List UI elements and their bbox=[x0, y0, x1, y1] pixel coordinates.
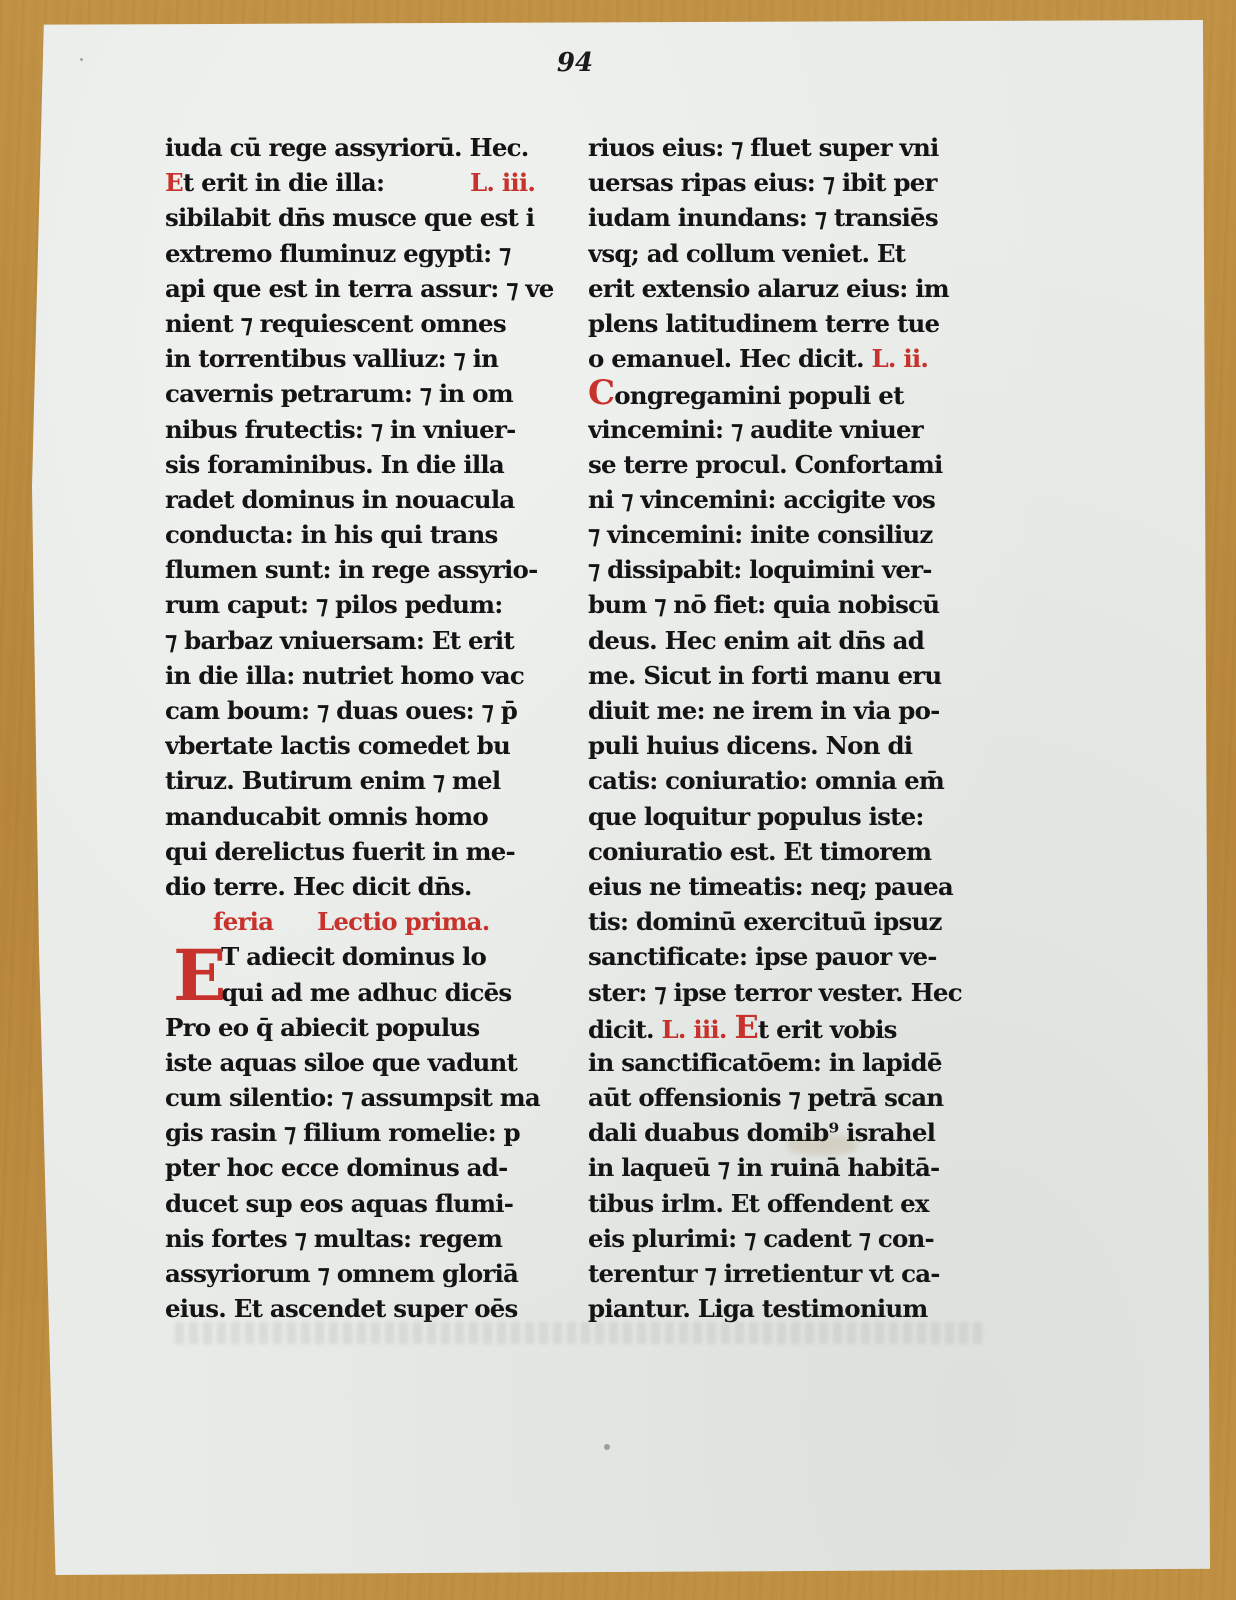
text-line: uersas ripas eius: ⁊ ibit per bbox=[588, 165, 983, 200]
ink-speck bbox=[604, 1444, 610, 1450]
text-line: ⁊ barbaz vniuersam: Et erit bbox=[165, 623, 565, 658]
heading-feria: feria bbox=[165, 907, 273, 936]
text-line: terentur ⁊ irretientur vt ca- bbox=[588, 1256, 983, 1291]
show-through-text bbox=[175, 1322, 985, 1344]
text-line: sis foraminibus. In die illa bbox=[165, 447, 565, 482]
text-line: assyriorum ⁊ omnem gloriā bbox=[165, 1256, 565, 1291]
rubric-lectio-number: L. iii. bbox=[470, 165, 535, 200]
text-line: cavernis petrarum: ⁊ in om bbox=[165, 376, 565, 411]
rubric-lectio-number: L. ii. bbox=[871, 344, 928, 373]
text-line: ducet sup eos aquas flumi- bbox=[165, 1186, 565, 1221]
text-line: flumen sunt: in rege assyrio- bbox=[165, 552, 565, 587]
text-line: erit extensio alaruz eius: im bbox=[588, 271, 983, 306]
text-line: sanctificate: ipse pauor ve- bbox=[588, 939, 983, 974]
text-line: nis fortes ⁊ multas: regem bbox=[165, 1221, 565, 1256]
text-line: coniuratio est. Et timorem bbox=[588, 834, 983, 869]
text-line: riuos eius: ⁊ fluet super vni bbox=[588, 130, 983, 165]
text-line: se terre procul. Confortami bbox=[588, 447, 983, 482]
rubricated-initial: C bbox=[588, 376, 614, 411]
rubricated-initial: E bbox=[165, 165, 183, 200]
text-line: me. Sicut in forti manu eru bbox=[588, 658, 983, 693]
lesson-block: E T adiecit dominus lo qui ad me adhuc d… bbox=[165, 939, 565, 1326]
text-line: o emanuel. Hec dicit. L. ii. bbox=[588, 341, 983, 376]
text-line: dio terre. Hec dicit dn̄s. bbox=[165, 869, 565, 904]
text-line: vincemini: ⁊ audite vniuer bbox=[588, 412, 983, 447]
text-line: tis: dominū exercituū ipsuz bbox=[588, 904, 983, 939]
line-text: t erit in die illa: bbox=[183, 168, 384, 197]
text-line: api que est in terra assur: ⁊ ve bbox=[165, 271, 565, 306]
text-line: sibilabit dn̄s musce que est i bbox=[165, 200, 565, 235]
text-line: ster: ⁊ ipse terror vester. Hec bbox=[588, 975, 983, 1010]
text-line: Congregamini populi et bbox=[588, 376, 983, 411]
line-text: ongregamini populi et bbox=[614, 381, 903, 410]
text-line: tibus irlm. Et offendent ex bbox=[588, 1186, 983, 1221]
text-line: catis: coniuratio: omnia em̄ bbox=[588, 763, 983, 798]
text-line: iuda cū rege assyriorū. Hec. bbox=[165, 130, 565, 165]
text-line: dali duabus domib⁹ israhel bbox=[588, 1115, 983, 1150]
text-line: pter hoc ecce dominus ad- bbox=[165, 1150, 565, 1185]
text-line: gis rasin ⁊ filium romelie: p bbox=[165, 1115, 565, 1150]
line-text: dicit. bbox=[588, 1015, 654, 1044]
text-line: Et erit in die illa: L. iii. bbox=[165, 165, 565, 200]
text-line: extremo fluminuz egypti: ⁊ bbox=[165, 236, 565, 271]
text-line: nibus frutectis: ⁊ in vniuer- bbox=[165, 412, 565, 447]
text-line: diuit me: ne irem in via po- bbox=[588, 693, 983, 728]
text-line: in torrentibus valliuz: ⁊ in bbox=[165, 341, 565, 376]
line-text: o emanuel. Hec dicit. bbox=[588, 344, 864, 373]
text-line: ⁊ dissipabit: loquimini ver- bbox=[588, 552, 983, 587]
text-line: deus. Hec enim ait dn̄s ad bbox=[588, 623, 983, 658]
text-line: nient ⁊ requiescent omnes bbox=[165, 306, 565, 341]
right-text-column: riuos eius: ⁊ fluet super vni uersas rip… bbox=[588, 130, 983, 1326]
text-line: plens latitudinem terre tue bbox=[588, 306, 983, 341]
page-number: 94 bbox=[550, 48, 600, 78]
heading-lectio: Lectio prima. bbox=[281, 907, 490, 936]
text-line: cam boum: ⁊ duas oues: ⁊ p̄ bbox=[165, 693, 565, 728]
text-line: tiruz. Butirum enim ⁊ mel bbox=[165, 763, 565, 798]
text-line: eius ne timeatis: neq; pauea bbox=[588, 869, 983, 904]
text-line: que loquitur populus iste: bbox=[588, 799, 983, 834]
text-line: ni ⁊ vincemini: accigite vos bbox=[588, 482, 983, 517]
text-line: cum silentio: ⁊ assumpsit ma bbox=[165, 1080, 565, 1115]
decorated-initial: E bbox=[173, 941, 226, 1011]
text-line: qui derelictus fuerit in me- bbox=[165, 834, 565, 869]
text-line: conducta: in his qui trans bbox=[165, 517, 565, 552]
text-line: in sanctificatōem: in lapidē bbox=[588, 1045, 983, 1080]
line-text: t erit vobis bbox=[758, 1015, 897, 1044]
text-line: puli huius dicens. Non di bbox=[588, 728, 983, 763]
rubricated-initial: E bbox=[734, 1010, 758, 1045]
text-line: vbertate lactis comedet bu bbox=[165, 728, 565, 763]
text-line: eis plurimi: ⁊ cadent ⁊ con- bbox=[588, 1221, 983, 1256]
text-line: manducabit omnis homo bbox=[165, 799, 565, 834]
rubric-lectio-number: L. iii. bbox=[661, 1015, 726, 1044]
text-line: in laqueū ⁊ in ruinā habitā- bbox=[588, 1150, 983, 1185]
text-line: dicit. L. iii. Et erit vobis bbox=[588, 1010, 983, 1045]
text-line: vsq; ad collum veniet. Et bbox=[588, 236, 983, 271]
text-line: iudam inundans: ⁊ transiēs bbox=[588, 200, 983, 235]
text-line: in die illa: nutriet homo vac bbox=[165, 658, 565, 693]
text-line: aūt offensionis ⁊ petrā scan bbox=[588, 1080, 983, 1115]
text-line: bum ⁊ nō fiet: quia nobiscū bbox=[588, 587, 983, 622]
ink-speck bbox=[80, 58, 83, 61]
text-line: radet dominus in nouacula bbox=[165, 482, 565, 517]
text-line: rum caput: ⁊ pilos pedum: bbox=[165, 587, 565, 622]
text-line: ⁊ vincemini: inite consiliuz bbox=[588, 517, 983, 552]
left-text-column: iuda cū rege assyriorū. Hec. Et erit in … bbox=[165, 130, 565, 1326]
text-line: iste aquas siloe que vadunt bbox=[165, 1045, 565, 1080]
